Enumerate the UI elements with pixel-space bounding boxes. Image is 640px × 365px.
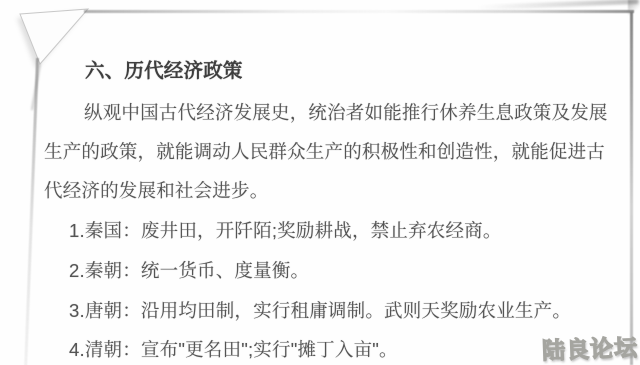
paragraph-line-3: 代经济的发展和社会进步。 <box>44 179 268 202</box>
watermark: 陆良论坛 <box>541 329 638 365</box>
top-right-corner-shadow <box>478 0 638 10</box>
page-top-edge <box>84 10 634 13</box>
document-page: 六、历代经济政策 纵观中国古代经济发展史，统治者如能推行休养生息政策及发展 生产… <box>0 0 640 365</box>
section-title: 六、历代经济政策 <box>85 59 243 83</box>
list-item-tang-dynasty: 3.唐朝：沿用均田制，实行租庸调制。武则天奖励农业生产。 <box>69 299 571 322</box>
list-item-qing-dynasty: 4.清朝：宣布"更名田";实行"摊丁入亩"。 <box>69 338 398 361</box>
page-right-edge <box>630 12 633 365</box>
list-item-qin-dynasty: 2.秦朝：统一货币、度量衡。 <box>69 259 309 282</box>
list-item-qin-state: 1.秦国：废井田，开阡陌;奖励耕战，禁止弃农经商。 <box>69 219 502 242</box>
top-right-corner-blotch <box>628 0 640 15</box>
paragraph-line-1: 纵观中国古代经济发展史，统治者如能推行休养生息政策及发展 <box>84 101 608 124</box>
paragraph-line-2: 生产的政策，就能调动人民群众生产的积极性和创造性，就能促进古 <box>44 140 605 163</box>
